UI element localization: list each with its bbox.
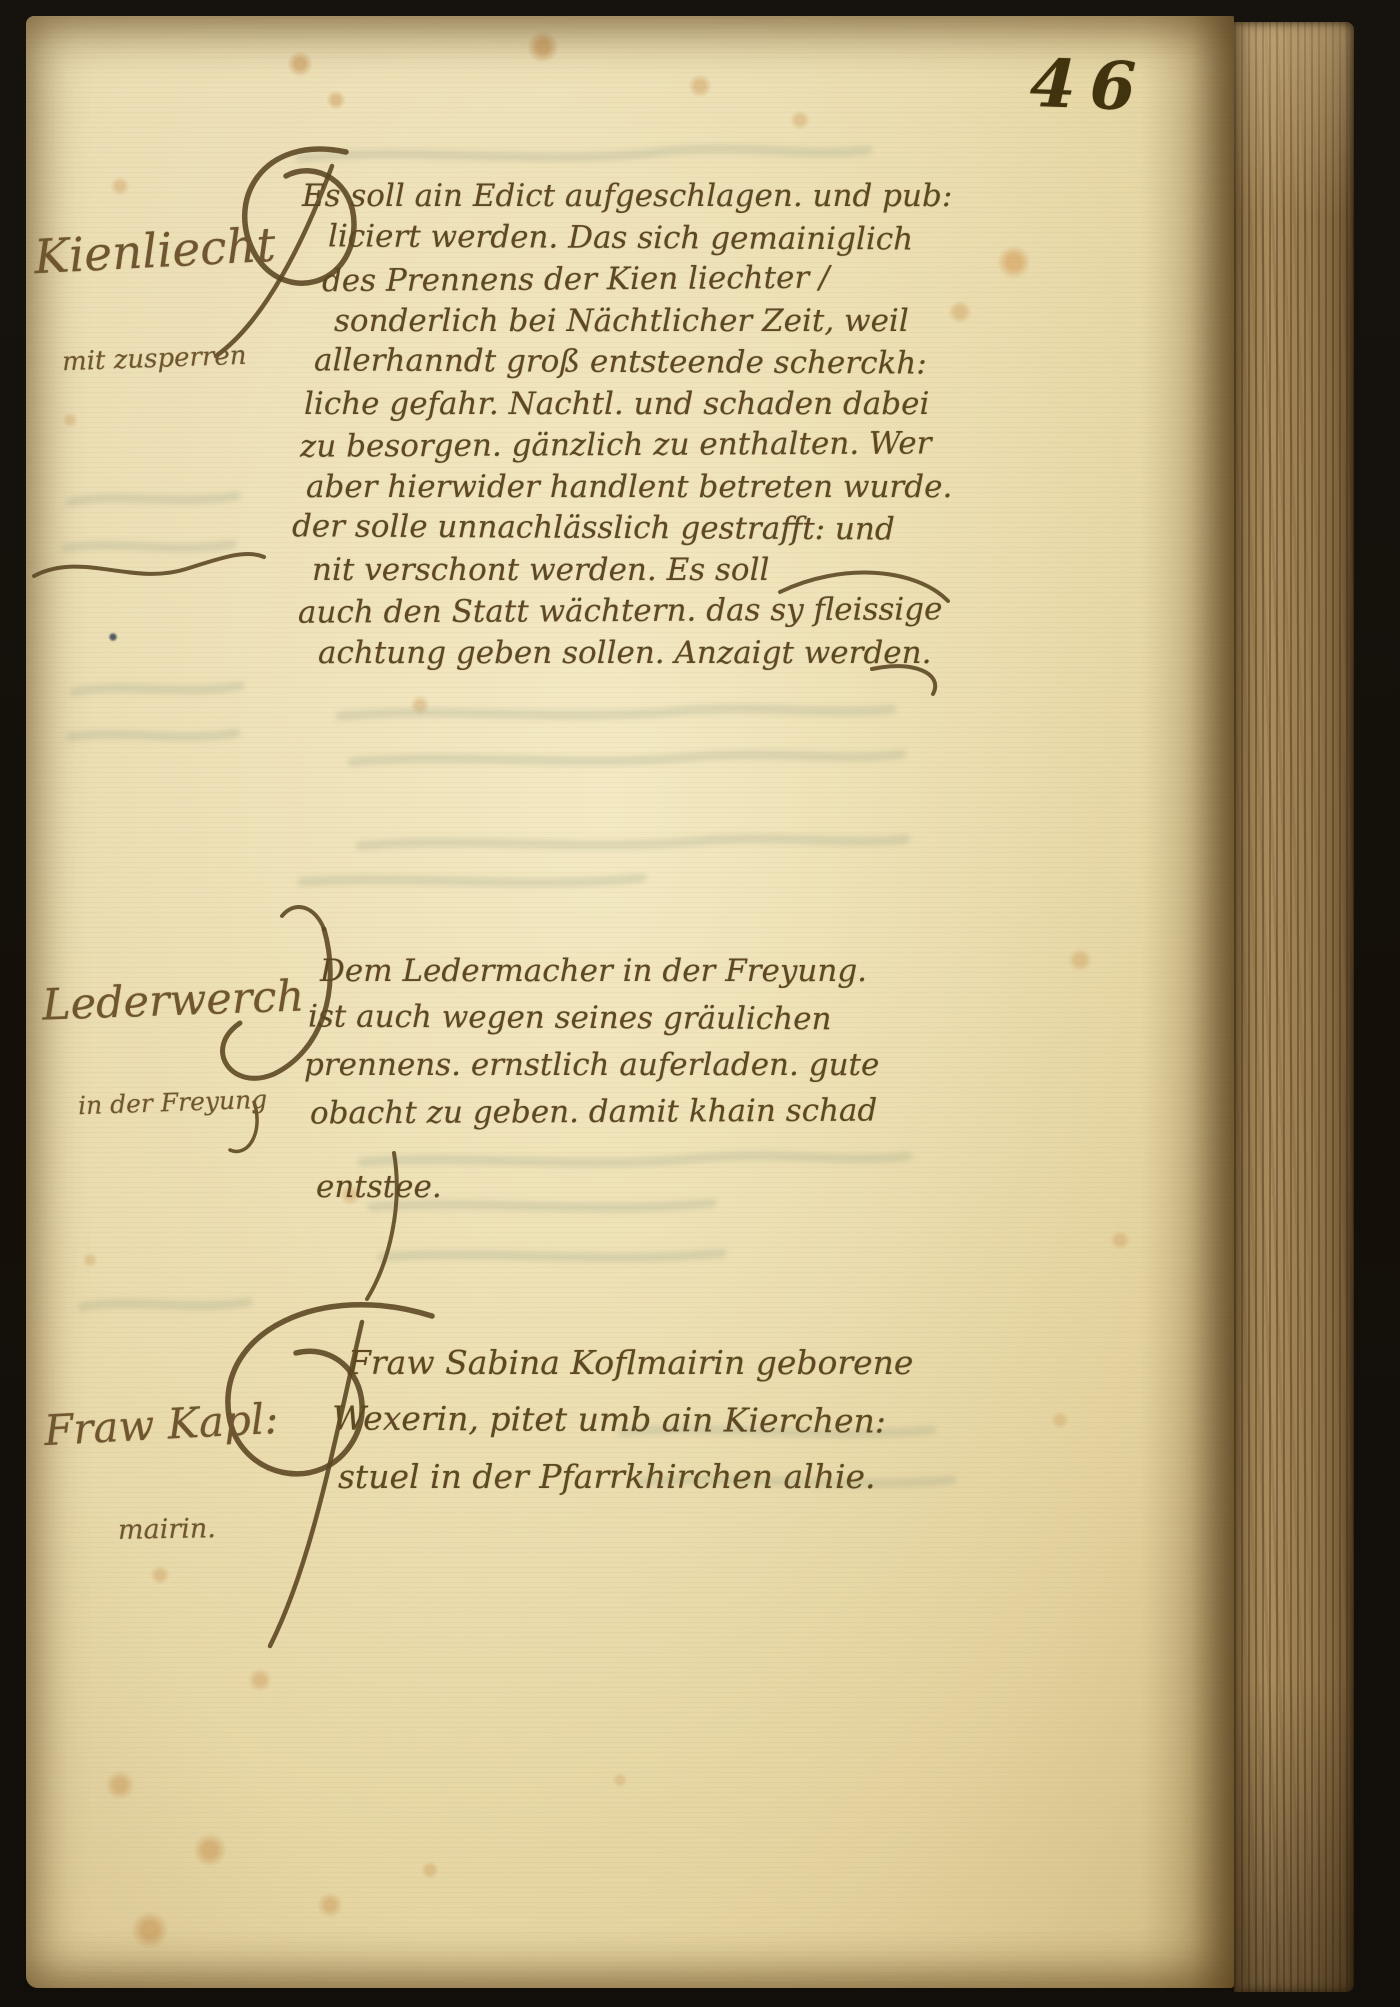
text-line: aber hierwider handlent betreten wurde. [306,467,952,509]
text-line: achtung geben sollen. Anzaigt werden. [318,633,952,675]
margin-note-frau-kaplmairin-subtitle: mairin. [118,1513,216,1546]
text-line: obacht zu geben. damit khain schad [310,1088,880,1138]
text-line: Es soll ain Edict aufgeschlagen. und pub… [302,176,952,218]
text-line: zu besorgen. gänzlich zu enthalten. Wer [300,423,953,468]
entry-kienliecht: Es soll ain Edict aufgeschlagen. und pub… [302,176,952,674]
text-line: sonderlich bei Nächtlicher Zeit, weil [334,301,952,343]
book-fore-edge [1234,22,1354,1992]
text-line: entstee. [316,1164,879,1211]
entry-frau-kaplmairin: Fraw Sabina Koflmairin geborene Wexerin,… [338,1334,913,1505]
text-line: stuel in der Pfarrkhirchen alhie. [338,1448,913,1505]
margin-note-lederwerch-title: Lederwerch [41,971,305,1030]
text-line: nit verschont werden. Es soll [312,550,952,592]
text-line: Wexerin, pitet umb ain Kierchen: [332,1389,914,1449]
manuscript-scan: 46 Kienliecht mit zusperren Lederwerch i… [0,0,1400,2007]
page-curl-shadow [1140,16,1234,1988]
text-line: liciert werden. Das sich gemainiglich [328,216,953,261]
page-number: 46 [1029,44,1152,126]
margin-note-kienliecht-subtitle: mit zusperren [62,341,247,377]
text-line: Dem Ledermacher in der Freyung. [320,948,879,995]
text-line: ist auch wegen seines gräulichen [308,994,880,1044]
text-line: der solle unnachlässlich gestrafft: und [292,506,953,551]
text-line: allerhanndt groß entsteende scherckh: [314,340,953,385]
text-line: des Prennens der Kien liechter / [322,257,953,303]
text-line: prennens. ernstlich auferladen. gute [304,1042,879,1089]
text-line: Fraw Sabina Koflmairin geborene [348,1334,913,1391]
text-line: auch den Statt wächtern. das sy fleissig… [298,589,953,634]
entry-lederwerch: Dem Ledermacher in der Freyung. ist auch… [312,948,879,1211]
text-line: liche gefahr. Nachtl. und schaden dabei [304,384,952,426]
